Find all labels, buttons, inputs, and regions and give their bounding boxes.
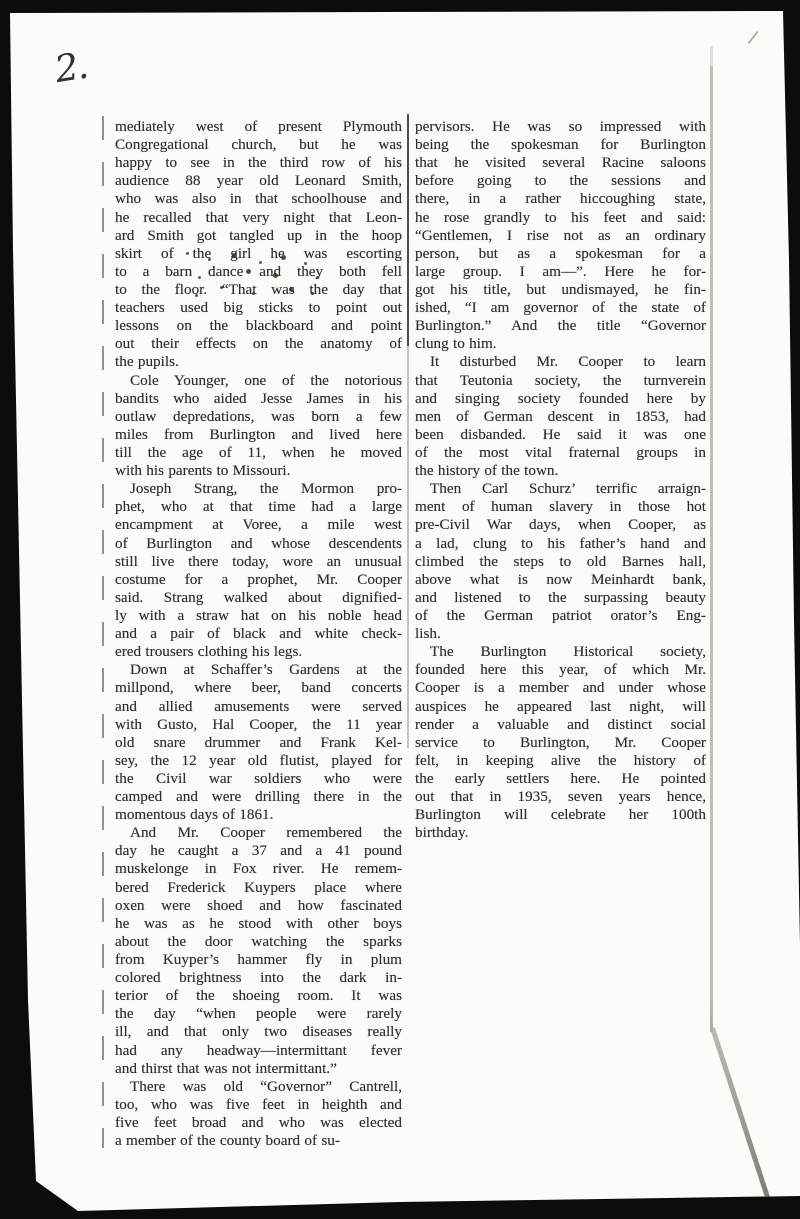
text-line: “Gentlemen, I rise not as an ordinary [415, 227, 706, 245]
text-line: It disturbed Mr. Cooper to learn [415, 353, 706, 371]
text-line: a member of the county board of su- [115, 1132, 402, 1150]
text-line: out their effects on the anatomy of [115, 335, 402, 353]
text-line: person, but as a spokesman for a [415, 245, 706, 263]
text-line: The Burlington Historical society, [415, 643, 706, 661]
text-line: the history of the town. [415, 462, 706, 480]
text-line: ard Smith got tangled up in the hoop [115, 227, 402, 245]
text-line: out that in 1935, seven years hence, [415, 788, 706, 806]
text-line: pre-Civil War days, when Cooper, as [415, 516, 706, 534]
text-line: camped and were drilling there in the [115, 788, 402, 806]
text-line: Burlington.” And the title “Governor [415, 317, 706, 335]
text-line: ill, and that only two diseases really [115, 1023, 402, 1041]
text-line: Down at Schaffer’s Gardens at the [115, 661, 402, 679]
text-line: Joseph Strang, the Mormon pro- [115, 480, 402, 498]
text-line: climbed the steps to old Barnes hall, [415, 553, 706, 571]
article-column-left: mediately west of present PlymouthCongre… [115, 118, 402, 1150]
text-line: ered trousers clothing his legs. [115, 643, 402, 661]
text-line: encampment at Voree, a mile west [115, 516, 402, 534]
text-line: the pupils. [115, 353, 402, 371]
text-line: to a barn dance and they both fell [115, 263, 402, 281]
text-line: outlaw depredations, was born a few [115, 408, 402, 426]
clipping-edge-diagonal [710, 1027, 770, 1198]
text-line: had any headway—intermittant fever [115, 1042, 402, 1060]
paper-page: 2. mediately west of present PlymouthCon… [0, 0, 800, 1219]
text-line: phet, who at that time had a large [115, 498, 402, 516]
text-line: ished, “I am governor of the state of [415, 299, 706, 317]
text-line: ment of human slavery in those hot [415, 498, 706, 516]
text-line: still live there today, wore an unusual [115, 553, 402, 571]
text-line: got his title, but undismayed, he fin- [415, 281, 706, 299]
text-line: old snare drummer and Frank Kel- [115, 734, 402, 752]
text-line: teachers used big sticks to point out [115, 299, 402, 317]
text-line: service to Burlington, Mr. Cooper [415, 734, 706, 752]
text-line: said. Strang walked about dignified- [115, 589, 402, 607]
column-rule-left [102, 116, 104, 1148]
text-line: till the age of 11, when he moved [115, 444, 402, 462]
text-line: founded here this year, of which Mr. [415, 661, 706, 679]
text-line: he recalled that very night that Leon- [115, 209, 402, 227]
text-line: five feet broad and who was elected [115, 1114, 402, 1132]
text-line: that he visited several Racine saloons [415, 154, 706, 172]
text-line: of Burlington and whose descendents [115, 535, 402, 553]
text-line: from Kuyper’s hammer fly in plum [115, 951, 402, 969]
text-line: colored brightness into the dark in- [115, 969, 402, 987]
text-line: And Mr. Cooper remembered the [115, 824, 402, 842]
text-line: birthday. [415, 824, 706, 842]
clipping-edge-right [710, 46, 713, 1032]
text-line: the day “when people were rarely [115, 1005, 402, 1023]
text-line: there, in a rather hiccoughing state, [415, 190, 706, 208]
text-line: muskelonge in Fox river. He remem- [115, 860, 402, 878]
article-column-right: pervisors. He was so impressed withbeing… [415, 118, 706, 842]
text-line: sey, the 12 year old flutist, played for [115, 752, 402, 770]
text-line: being the spokesman for Burlington [415, 136, 706, 154]
text-line: of the most vital fraternal groups in [415, 444, 706, 462]
text-line: mediately west of present Plymouth [115, 118, 402, 136]
text-line: clung to him. [415, 335, 706, 353]
paragraph: The Burlington Historical society,founde… [415, 643, 706, 842]
text-line: Congregational church, but he was [115, 136, 402, 154]
paragraph: And Mr. Cooper remembered theday he caug… [115, 824, 402, 1078]
text-line: auspices he appeared last night, will [415, 698, 706, 716]
paragraph: Then Carl Schurz’ terrific arraign-ment … [415, 480, 706, 643]
text-line: miles from Burlington and lived here [115, 426, 402, 444]
text-line: There was old “Governor” Cantrell, [115, 1078, 402, 1096]
text-line: to the floor. “That was the day that [115, 281, 402, 299]
column-rule-middle [407, 114, 409, 748]
text-line: render a valuable and distinct social [415, 716, 706, 734]
text-line: momentous days of 1861. [115, 806, 402, 824]
text-line: skirt of the girl he was escorting [115, 245, 402, 263]
text-line: lessons on the blackboard and point [115, 317, 402, 335]
scanned-newspaper-page: { "page": { "handwritten_number": "2.", … [0, 0, 800, 1219]
text-line: oxen were shoed and how fascinated [115, 897, 402, 915]
paragraph: It disturbed Mr. Cooper to learnthat Teu… [415, 353, 706, 480]
pencil-tick-mark [748, 31, 759, 44]
paragraph: pervisors. He was so impressed withbeing… [415, 118, 706, 353]
text-line: and listened to the surpassing beauty [415, 589, 706, 607]
paragraph: Cole Younger, one of the notoriousbandit… [115, 372, 402, 481]
paragraph: mediately west of present PlymouthCongre… [115, 118, 402, 372]
text-line: large group. I am—”. Here he for- [415, 263, 706, 281]
paragraph: Down at Schaffer’s Gardens at themillpon… [115, 661, 402, 824]
text-line: Cooper is a member and under whose [415, 679, 706, 697]
paragraph: Joseph Strang, the Mormon pro-phet, who … [115, 480, 402, 661]
text-line: and thirst that was not intermittant.” [115, 1060, 402, 1078]
text-line: that Teutonia society, the turnverein [415, 372, 706, 390]
text-line: a lad, clung to his father’s hand and [415, 535, 706, 553]
handwritten-page-number: 2. [52, 44, 90, 91]
text-line: bered Frederick Kuypers place where [115, 879, 402, 897]
text-line: been disbanded. He said it was one [415, 426, 706, 444]
text-line: day he caught a 37 and a 41 pound [115, 842, 402, 860]
text-line: felt, in keeping alive the history of [415, 752, 706, 770]
text-line: of the German patriot orator’s Eng- [415, 607, 706, 625]
text-line: Then Carl Schurz’ terrific arraign- [415, 480, 706, 498]
text-line: lish. [415, 625, 706, 643]
paragraph: There was old “Governor” Cantrell,too, w… [115, 1078, 402, 1150]
text-line: the Civil war soldiers who were [115, 770, 402, 788]
text-line: above what is now Meinhardt bank, [415, 571, 706, 589]
text-line: pervisors. He was so impressed with [415, 118, 706, 136]
text-line: he rose grandly to his feet and said: [415, 209, 706, 227]
text-line: who was also in that schoolhouse and [115, 190, 402, 208]
text-line: with Gusto, Hal Cooper, the 11 year [115, 716, 402, 734]
text-line: terior of the shoeing room. It was [115, 987, 402, 1005]
text-line: millpond, where beer, band concerts [115, 679, 402, 697]
text-line: audience 88 year old Leonard Smith, [115, 172, 402, 190]
text-line: and a pair of black and white check- [115, 625, 402, 643]
text-line: ly with a straw hat on his noble head [115, 607, 402, 625]
text-line: too, who was five feet in heighth and [115, 1096, 402, 1114]
text-line: Cole Younger, one of the notorious [115, 372, 402, 390]
text-line: men of German descent in 1853, had [415, 408, 706, 426]
text-line: bandits who aided Jesse James in his [115, 390, 402, 408]
text-line: and singing society founded here by [415, 390, 706, 408]
text-line: before going to the sessions and [415, 172, 706, 190]
text-line: with his parents to Missouri. [115, 462, 402, 480]
text-line: and allied amusements were served [115, 698, 402, 716]
text-line: costume for a prophet, Mr. Cooper [115, 571, 402, 589]
text-line: happy to see in the third row of his [115, 154, 402, 172]
text-line: the early settlers here. He pointed [415, 770, 706, 788]
text-line: about the door watching the sparks [115, 933, 402, 951]
text-line: he was as he stood with other boys [115, 915, 402, 933]
text-line: Burlington will celebrate her 100th [415, 806, 706, 824]
